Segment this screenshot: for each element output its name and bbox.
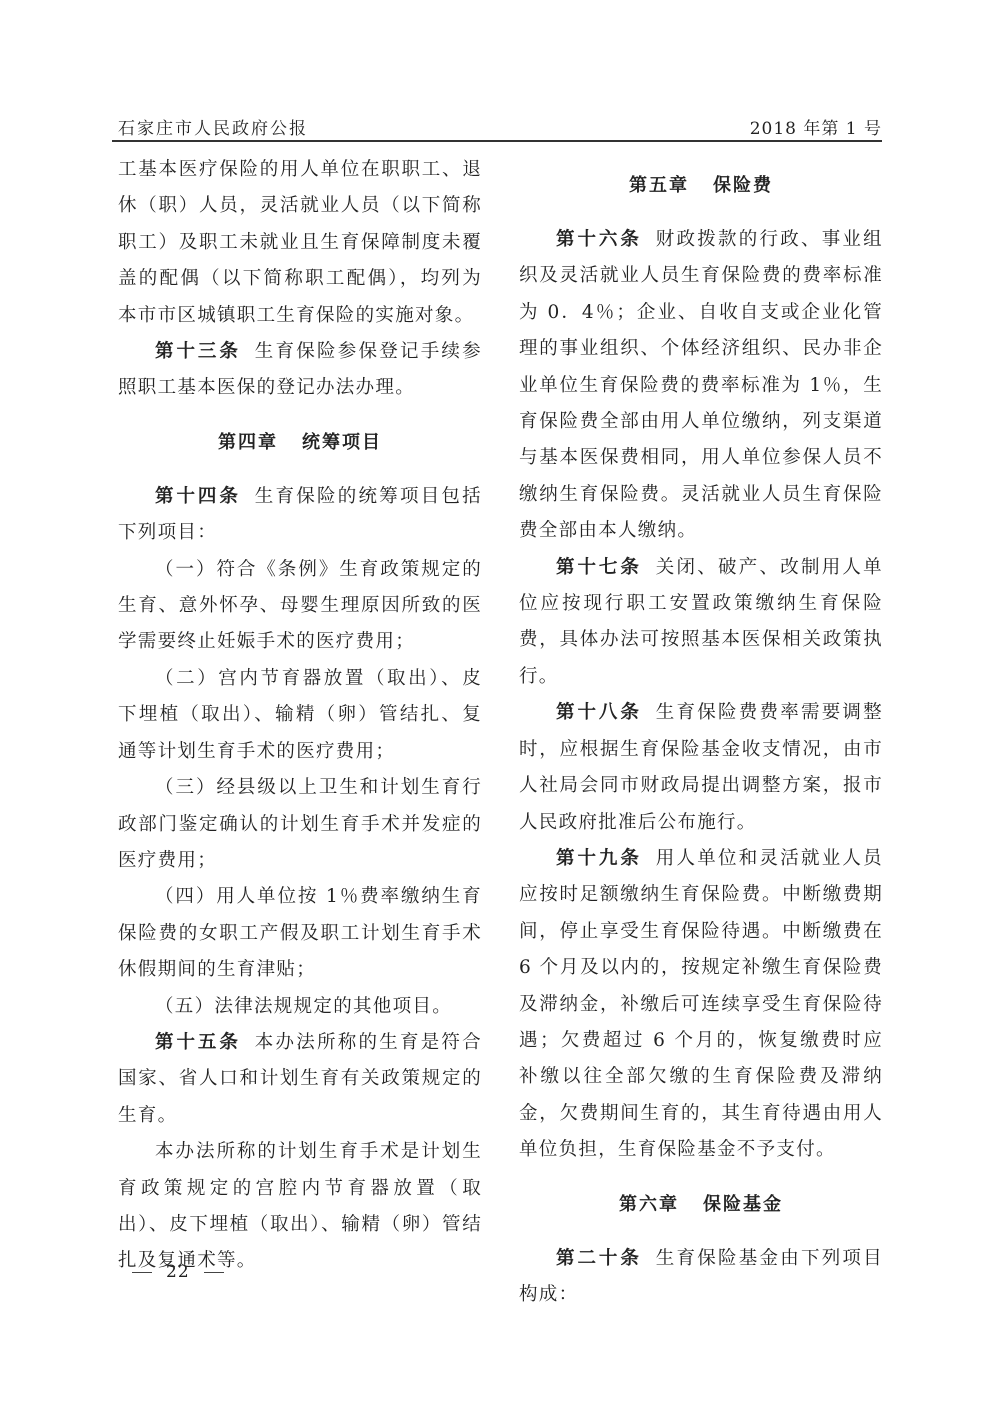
chapter-title: 保险费 (713, 175, 773, 196)
article-18: 第十八条生育保险费费率需要调整时，应根据生育保险基金收支情况，由市人社局会同市财… (519, 695, 883, 841)
article-text: 财政拨款的行政、事业组织及灵活就业人员生育保险费的费率标准为 0．4％；企业、自… (519, 229, 883, 541)
article-label: 第十八条 (556, 702, 642, 723)
chapter-title: 统筹项目 (302, 432, 382, 453)
list-item: （三）经县级以上卫生和计划生育行政部门鉴定确认的计划生育手术并发症的医疗费用； (118, 770, 482, 879)
dash-left (132, 1272, 152, 1273)
chapter-number: 第五章 (629, 175, 689, 196)
article-15-paragraph-2: 本办法所称的计划生育手术是计划生育政策规定的宫腔内节育器放置（取出）、皮下埋植（… (118, 1134, 482, 1280)
chapter-title: 保险基金 (703, 1194, 783, 1215)
article-label: 第十五条 (155, 1032, 241, 1053)
list-item: （二）宫内节育器放置（取出）、皮下埋植（取出）、输精（卵）管结扎、复通等计划生育… (118, 661, 482, 770)
article-label: 第十三条 (155, 341, 241, 362)
article-17: 第十七条关闭、破产、改制用人单位应按现行职工安置政策缴纳生育保险费，具体办法可按… (519, 550, 883, 696)
paragraph-continued: 工基本医疗保险的用人单位在职职工、退休（职）人员，灵活就业人员（以下简称职工）及… (118, 152, 482, 334)
chapter-heading-6: 第六章保险基金 (519, 1187, 883, 1223)
page-footer: 22 (118, 1262, 238, 1282)
article-label: 第十九条 (556, 848, 642, 869)
left-column: 工基本医疗保险的用人单位在职职工、退休（职）人员，灵活就业人员（以下简称职工）及… (118, 152, 482, 1280)
article-13: 第十三条生育保险参保登记手续参照职工基本医保的登记办法办理。 (118, 334, 482, 407)
publication-title: 石家庄市人民政府公报 (118, 114, 308, 139)
list-item: （一）符合《条例》生育政策规定的生育、意外怀孕、母婴生理原因所致的医学需要终止妊… (118, 552, 482, 661)
article-20: 第二十条生育保险基金由下列项目构成： (519, 1241, 883, 1314)
page-header: 石家庄市人民政府公报 2018 年第 1 号 (118, 114, 882, 140)
article-14: 第十四条生育保险的统筹项目包括下列项目： (118, 479, 482, 552)
article-16: 第十六条财政拨款的行政、事业组织及灵活就业人员生育保险费的费率标准为 0．4％；… (519, 222, 883, 550)
chapter-number: 第六章 (619, 1194, 679, 1215)
header-divider (112, 140, 882, 142)
article-19: 第十九条用人单位和灵活就业人员应按时足额缴纳生育保险费。中断缴费期间，停止享受生… (519, 841, 883, 1169)
page-number: 22 (166, 1262, 190, 1282)
list-item: （四）用人单位按 1％费率缴纳生育保险费的女职工产假及职工计划生育手术休假期间的… (118, 879, 482, 988)
article-label: 第十七条 (556, 557, 642, 578)
dash-right (204, 1272, 224, 1273)
right-column: 第五章保险费 第十六条财政拨款的行政、事业组织及灵活就业人员生育保险费的费率标准… (519, 152, 883, 1313)
article-label: 第十六条 (556, 229, 642, 250)
list-item: （五）法律法规规定的其他项目。 (118, 989, 482, 1025)
article-15: 第十五条本办法所称的生育是符合国家、省人口和计划生育有关政策规定的生育。 (118, 1025, 482, 1134)
chapter-number: 第四章 (218, 432, 278, 453)
chapter-heading-4: 第四章统筹项目 (118, 425, 482, 461)
article-label: 第十四条 (155, 486, 241, 507)
article-text: 用人单位和灵活就业人员应按时足额缴纳生育保险费。中断缴费期间，停止享受生育保险待… (519, 848, 883, 1160)
article-label: 第二十条 (556, 1248, 642, 1269)
chapter-heading-5: 第五章保险费 (519, 168, 883, 204)
issue-number: 2018 年第 1 号 (750, 114, 882, 139)
